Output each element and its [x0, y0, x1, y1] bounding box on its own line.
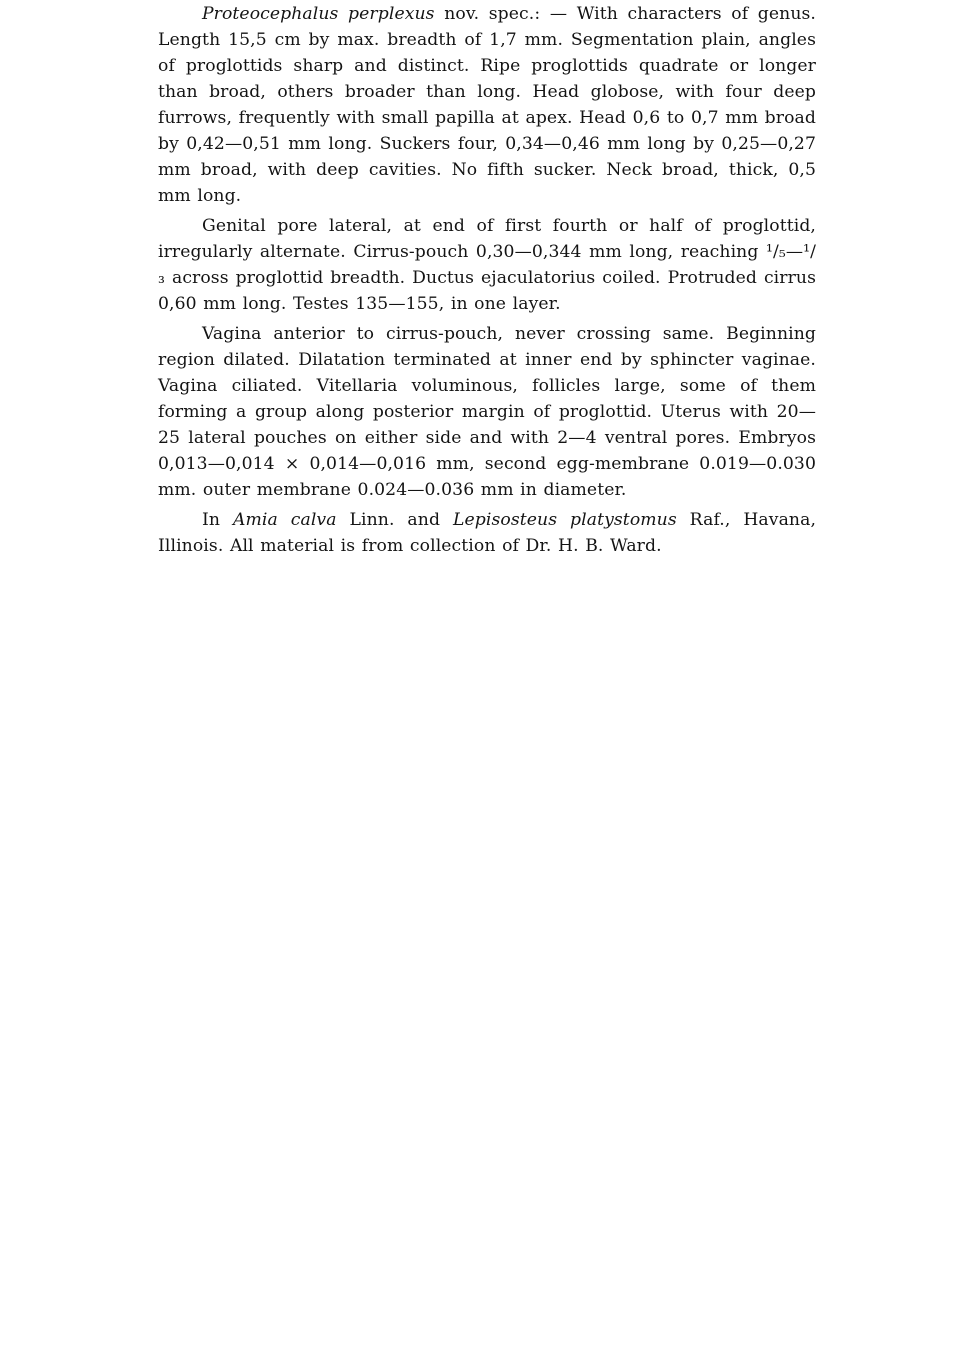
vagina-text: Vagina anterior to cirrus-pouch, never c… — [158, 324, 816, 500]
host-name-lepisosteus: Lepisosteus platystomus — [453, 510, 677, 530]
paragraph-vagina: Vagina anterior to cirrus-pouch, never c… — [158, 321, 816, 503]
species-name: Proteocephalus perplexus — [202, 4, 435, 24]
paragraph-genital-pore: Genital pore lateral, at end of first fo… — [158, 213, 816, 317]
hosts-connector: Linn. and — [337, 510, 453, 530]
host-name-amia: Amia calva — [233, 510, 337, 530]
hosts-prefix: In — [202, 510, 233, 530]
genital-pore-text-continued: across proglottid breadth. Ductus ejacul… — [158, 268, 816, 314]
paragraph-species-description: Proteocephalus perplexus nov. spec.: — W… — [158, 1, 816, 209]
document-page: Proteocephalus perplexus nov. spec.: — W… — [158, 1, 816, 563]
genital-pore-text: Genital pore lateral, at end of first fo… — [158, 216, 816, 262]
paragraph-hosts: In Amia calva Linn. and Lepisosteus plat… — [158, 507, 816, 559]
species-description-text: nov. spec.: — With characters of genus. … — [158, 4, 816, 206]
